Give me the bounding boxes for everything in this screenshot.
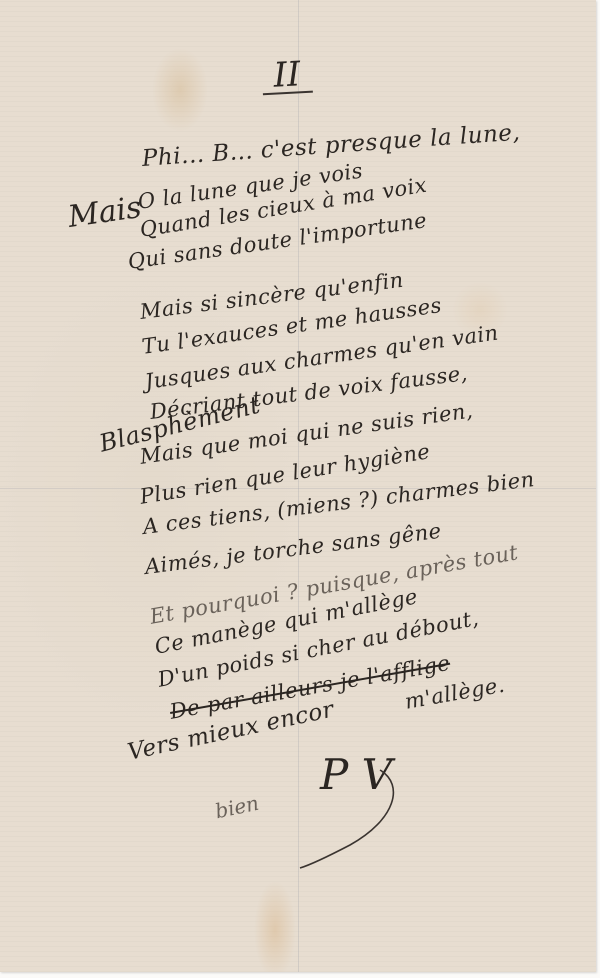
annotation-bien: bien <box>213 791 261 824</box>
margin-insert-mais: Mais <box>66 190 144 235</box>
manuscript-page: II Phi... B... c'est presque la lune, Ma… <box>0 0 596 972</box>
signature-flourish-icon <box>290 760 410 870</box>
section-numeral: II <box>261 57 313 96</box>
